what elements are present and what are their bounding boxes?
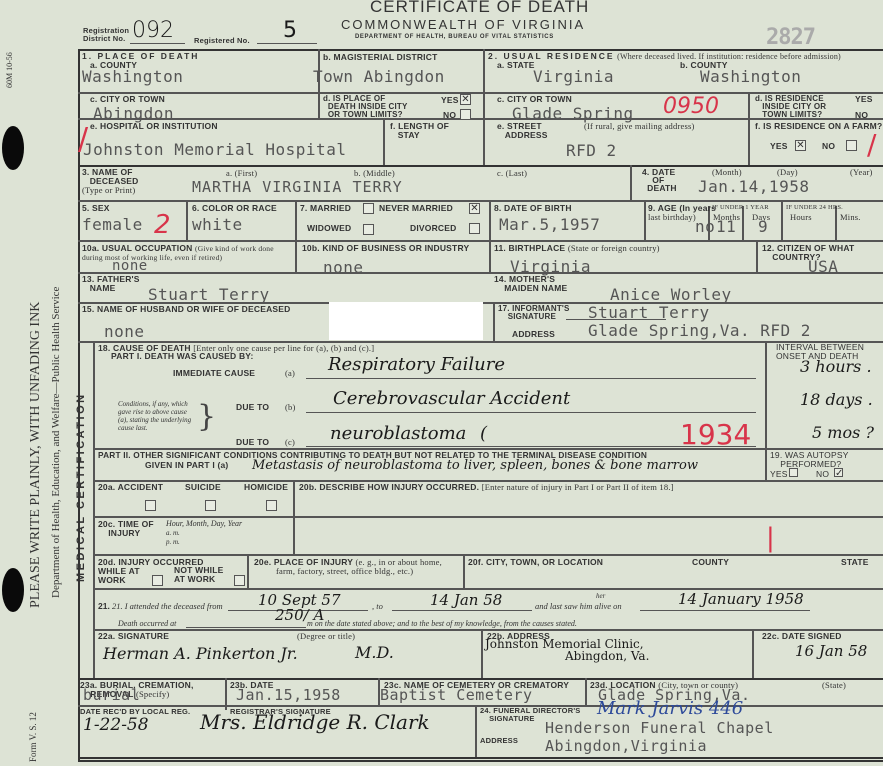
dod-day-label: (Day) [777,168,798,177]
brace: } [197,397,216,437]
residence-inside-yes-label: YES [855,95,873,104]
signature-label: 22a. SIGNATURE [98,632,169,641]
under-1-year-label: IF UNDER 1 YEAR [712,203,769,212]
cause-a-label: (a) [285,369,295,378]
farm-label: f. IS RESIDENCE ON A FARM? [755,122,882,131]
death-inside-no-label: NO [443,111,456,120]
sex-label: 5. SEX [82,204,110,213]
degree-label: (Degree or title) [297,632,355,641]
divorced-label: DIVORCED [410,224,456,233]
redacted-block [329,302,483,340]
last-name-label: c. (Last) [497,169,527,178]
injury-red-mark: | [766,523,775,553]
sex-value: female [82,215,143,234]
suicide-checkbox[interactable] [205,500,216,511]
date-received-value: 1-22-58 [83,715,149,735]
instruction-text: PLEASE WRITE PLAINLY, WITH UNFADING INK [28,302,44,608]
punch-hole-top [2,126,24,170]
business-label: 10b. KIND OF BUSINESS OR INDUSTRY [302,244,469,253]
autopsy-yes-checkbox[interactable] [789,468,798,477]
race-value: white [192,215,243,234]
autopsy-no-checkbox[interactable]: ✓ [834,468,843,477]
length-of-stay-label: f. LENGTH OF STAY [390,122,449,140]
dob-value: Mar.5,1957 [499,215,600,234]
red-tick-mark: / [78,122,88,157]
informant-address-label: ADDRESS [512,330,555,339]
autopsy-no-label: NO [816,470,829,479]
dob-label: 8. DATE OF BIRTH [494,204,572,213]
residence-city-label: c. CITY OR TOWN [497,95,572,104]
occupation-value: none [112,258,148,274]
cause-red-code: 1934 [680,418,751,451]
spouse-label: 15. NAME OF HUSBAND OR WIFE OF DECEASED [82,305,291,314]
dod-year-label: (Year) [850,168,873,177]
death-inside-no-checkbox[interactable] [460,109,471,120]
pronoun-correction: her [596,592,605,600]
death-county-value: Washington [82,67,183,86]
last-seen-value: 14 January 1958 [678,590,804,608]
physician-signature: Herman A. Pinkerton Jr. [103,644,298,663]
farm-yes-label: YES [770,142,788,151]
under-24-hrs-label: IF UNDER 24 HRS. [786,203,843,212]
never-married-label: NEVER MARRIED [379,204,453,213]
informant-address-value: Glade Spring,Va. RFD 2 [588,321,811,340]
date-of-death-label: 4. DATE OF DEATH [642,168,677,192]
to-label: , to [372,601,383,611]
registrar-signature: Mrs. Eldridge R. Clark [200,710,430,734]
informant-label: 17. INFORMANT'S SIGNATURE [498,305,570,321]
funeral-director-signature: Mark Jarvis 446 [597,698,743,719]
not-while-checkbox[interactable] [234,575,245,586]
interval-b-value: 18 days . [800,390,873,409]
hours-label: Hours [790,213,812,222]
injury-county-label: COUNTY [692,558,729,567]
never-married-checkbox[interactable]: ✕ [469,203,480,214]
injury-state-label: STATE [841,558,869,567]
mins-label: Mins. [840,213,861,222]
death-city-label: c. CITY OR TOWN [90,95,165,104]
residence-county-value: Washington [700,67,801,86]
residence-city-code: 0950 [663,94,719,119]
conditions-note: Conditions, if any, which gave rise to a… [118,400,193,432]
funeral-address-1: Henderson Funeral Chapel [545,719,774,737]
funeral-address-2: Abingdon,Virginia [545,737,707,755]
part2-given-label: GIVEN IN PART I (a) [145,461,228,470]
burial-date-value: Jan.15,1958 [236,686,341,704]
describe-injury-label: 20b. DESCRIBE HOW INJURY OCCURRED. [Ente… [299,483,674,492]
attended-to-value: 14 Jan 58 [430,591,502,609]
am-label: a. m. [166,529,180,537]
due-to-b-label: DUE TO [236,403,269,412]
residence-heading: 2. USUAL RESIDENCE (Where deceased lived… [488,52,841,61]
homicide-label: HOMICIDE [244,483,288,492]
street-label: e. STREET ADDRESS [497,122,548,140]
hospital-label: e. HOSPITAL OR INSTITUTION [90,122,218,131]
medical-certification-label: MEDICAL CERTIFICATION [75,392,87,582]
time-fields-label: Hour, Month, Day, Year [166,519,242,528]
magisterial-district-label: b. MAGISTERIAL DISTRICT [323,53,437,62]
father-value: Stuart Terry [148,285,270,304]
farm-red-mark: / [867,128,876,161]
age-months-value: 11 [716,217,736,236]
race-label: 6. COLOR OR RACE [192,204,277,213]
reg-district-label: RegistrationDistrict No. [83,27,129,43]
middle-name-label: b. (Middle) [354,169,395,178]
burial-state-label: (State) [822,681,846,690]
age-days-value: 9 [758,217,768,236]
sex-code: 2 [154,210,171,240]
part2-value: Metastasis of neuroblastoma to liver, sp… [252,458,698,473]
accident-checkbox[interactable] [145,500,156,511]
date-signed-label: 22c. DATE SIGNED [762,632,842,641]
registered-no-value: 5 [283,18,297,43]
cause-b-label: (b) [285,403,296,412]
stamp-number: 2827 [766,25,815,50]
interval-c-value: 5 mos ? [812,423,874,442]
mother-value: Anice Worley [610,285,732,304]
widowed-checkbox[interactable] [363,224,374,235]
last-seen-label: and last saw him alive on [535,601,622,611]
certificate-subtitle: COMMONWEALTH OF VIRGINIA [341,17,585,32]
burial-type-value: burial [83,686,140,704]
pm-label: p. m. [166,538,180,546]
mother-label: 14. MOTHER'S MAIDEN NAME [494,275,567,293]
injury-city-label: 20f. CITY, TOWN, OR LOCATION [468,558,603,567]
death-inside-yes-label: YES [441,96,459,105]
residence-inside-limits-label: d. IS RESIDENCE INSIDE CITY OR TOWN LIMI… [755,95,826,119]
informant-value: Stuart Terry [588,303,710,322]
time-of-injury-label: 20c. TIME OF INJURY [98,520,154,538]
form-print-code: 60M 10-56 [5,52,14,88]
farm-no-checkbox[interactable] [846,140,857,151]
residence-state-value: Virginia [533,67,614,86]
father-label: 13. FATHER'S NAME [82,275,140,293]
homicide-checkbox[interactable] [266,500,277,511]
death-inside-limits-label: d. IS PLACE OF DEATH INSIDE CITY OR TOWN… [323,95,408,119]
place-of-injury-note: farm, factory, street, office bldg., etc… [276,567,413,576]
accident-label: 20a. ACCIDENT [98,483,163,492]
autopsy-label: 19. WAS AUTOPSY PERFORMED? [770,451,849,469]
citizen-value: USA [808,257,838,276]
cause-c-label: (c) [285,438,295,447]
date-signed-value: 16 Jan 58 [795,642,867,660]
certificate-title: CERTIFICATE OF DEATH [370,0,589,17]
not-while-label: NOT WHILEAT WORK [174,566,224,584]
married-checkbox[interactable] [363,203,374,214]
reg-district-value: 092 [132,18,174,43]
while-at-work-checkbox[interactable] [152,575,163,586]
death-inside-yes-checkbox[interactable]: ✕ [460,94,471,105]
street-note: (If rural, give mailing address) [584,122,695,131]
physician-degree: M.D. [355,643,394,662]
due-to-c-mark: ( [480,423,487,444]
first-name-label: a. (First) [226,169,257,178]
funeral-address-label: ADDRESS [480,736,518,745]
due-to-c-value: neuroblastoma [330,423,466,444]
interval-a-value: 3 hours . [800,357,872,376]
cemetery-value: Baptist Cemetery [380,686,533,704]
due-to-c-label: DUE TO [236,438,269,447]
residence-state-label: a. STATE [497,61,535,70]
attended-label: 21. 21. I attended the deceased from [98,601,223,611]
deceased-name-label: 3. NAME OF DECEASED(Type or Print) [82,168,139,195]
physician-address-2: Abingdon, Va. [565,649,649,663]
magisterial-district-value: Town Abingdon [313,67,445,86]
certificate-department: DEPARTMENT OF HEALTH, BUREAU OF VITAL ST… [355,34,554,40]
part1-label: PART I. DEATH WAS CAUSED BY: [111,352,254,361]
autopsy-yes-label: YES [770,470,788,479]
widowed-label: WIDOWED [307,224,351,233]
farm-no-label: NO [822,142,835,151]
form-number: Form V. S. 12 [28,712,38,762]
immediate-cause-label: IMMEDIATE CAUSE [173,369,255,378]
date-of-death-value: Jan.14,1958 [698,177,809,196]
registered-no-label: Registered No. [194,36,250,45]
street-value: RFD 2 [566,141,617,160]
immediate-cause-value: Respiratory Failure [328,354,505,375]
death-occurred-tail: m on the date stated above; and to the b… [307,619,577,628]
department-text: Department of Health, Education, and Wel… [50,287,62,598]
hospital-value: Johnston Memorial Hospital [83,140,346,159]
farm-yes-checkbox[interactable]: ✕ [795,140,806,151]
business-value: none [323,258,364,277]
death-occurred-label: Death occurred at [118,619,176,628]
residence-inside-no-label: NO [855,111,868,120]
married-label: 7. MARRIED [300,204,351,213]
suicide-label: SUICIDE [185,483,221,492]
divorced-checkbox[interactable] [469,223,480,234]
punch-hole-bottom [2,568,24,612]
spouse-value: none [104,322,145,341]
dod-month-label: (Month) [712,168,742,177]
deceased-full-name: MARTHA VIRGINIA TERRY [192,178,403,196]
birthplace-label: 11. BIRTHPLACE (State or foreign country… [494,244,660,253]
due-to-b-value: Cerebrovascular Accident [333,388,570,409]
